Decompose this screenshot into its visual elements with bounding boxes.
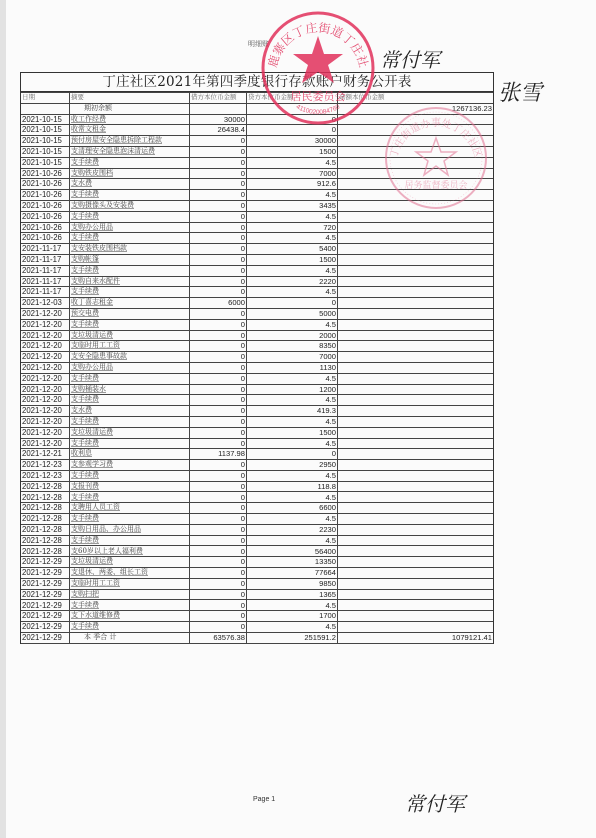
- cell-debit: 0: [190, 200, 247, 211]
- cell-date: 2021-10-15: [21, 125, 70, 136]
- cell-balance: [338, 211, 494, 222]
- cell-balance: [338, 524, 494, 535]
- cell-balance: [338, 535, 494, 546]
- cell-summary: 支手续费: [70, 287, 190, 298]
- cell-balance: [338, 384, 494, 395]
- cell-date: 2021-12-20: [21, 427, 70, 438]
- cell-credit: 4.5: [247, 190, 338, 201]
- table-row: 2021-12-20支手续费04.5: [21, 416, 493, 427]
- cell-balance: [338, 449, 494, 460]
- cell-balance: [338, 254, 494, 265]
- cell-credit: 4.5: [247, 287, 338, 298]
- table-row: 2021-11-17支购自来水配件02220: [21, 276, 493, 287]
- table-row: 2021-12-20支购桶装水01200: [21, 384, 493, 395]
- cell-date: 2021-12-23: [21, 460, 70, 471]
- cell-balance: [338, 492, 494, 503]
- cell-balance: [338, 233, 494, 244]
- cell-debit: 0: [190, 611, 247, 622]
- cell-balance: [338, 330, 494, 341]
- cell-date: 2021-10-26: [21, 211, 70, 222]
- table-row: 2021-12-28支手续费04.5: [21, 535, 493, 546]
- cell-credit: 56400: [247, 546, 338, 557]
- cell-balance: [338, 341, 494, 352]
- cell-balance: 1267136.23: [338, 103, 494, 114]
- cell-debit: 0: [190, 319, 247, 330]
- cell-credit: 4.5: [247, 157, 338, 168]
- cell-balance: [338, 114, 494, 125]
- cell-balance: [338, 222, 494, 233]
- cell-date: 2021-12-28: [21, 492, 70, 503]
- table-row: 2021-10-15支手续费04.5: [21, 157, 493, 168]
- cell-summary: 支手续费: [70, 319, 190, 330]
- cell-debit: 0: [190, 190, 247, 201]
- cell-date: 2021-10-26: [21, 200, 70, 211]
- cell-summary: 支手续费: [70, 492, 190, 503]
- cell-summary: 支垃圾清运费: [70, 427, 190, 438]
- cell-debit: 0: [190, 254, 247, 265]
- cell-summary: 支水费: [70, 406, 190, 417]
- header-date: 日期: [21, 93, 70, 104]
- cell-debit: 0: [190, 578, 247, 589]
- cell-balance: [338, 179, 494, 190]
- sheet-title: 丁庄社区2021年第四季度银行存款账户财务公开表: [21, 73, 493, 92]
- ledger-table: 日期 摘要 借方本位币金额 贷方本位币金额 余额本位币金额 期初余额 12671…: [21, 92, 493, 644]
- table-row: 2021-12-20预交电费05000: [21, 308, 493, 319]
- cell-summary: 支购铁皮围档: [70, 168, 190, 179]
- cell-balance: [338, 125, 494, 136]
- cell-credit: 5400: [247, 244, 338, 255]
- cell-balance: [338, 362, 494, 373]
- cell-debit: 0: [190, 427, 247, 438]
- cell-credit: 1500: [247, 254, 338, 265]
- cell-balance: [338, 146, 494, 157]
- cell-date: 2021-12-28: [21, 503, 70, 514]
- cell-balance: [338, 168, 494, 179]
- table-row: 2021-12-20支临时用工工资08350: [21, 341, 493, 352]
- cell-summary: 支下水道维修费: [70, 611, 190, 622]
- cell-debit: 0: [190, 406, 247, 417]
- cell-summary: 支垃圾清运费: [70, 330, 190, 341]
- cell-summary: 收丁喜志租金: [70, 298, 190, 309]
- cell-credit: 1700: [247, 611, 338, 622]
- cell-summary: 支退休、两委、组长工资: [70, 568, 190, 579]
- table-row: 2021-12-29支退休、两委、组长工资077664: [21, 568, 493, 579]
- table-row: 2021-11-17支手续费04.5: [21, 265, 493, 276]
- cell-summary: 支购日用品、办公用品: [70, 524, 190, 535]
- cell-credit: 4.5: [247, 265, 338, 276]
- cell-summary: 支手续费: [70, 157, 190, 168]
- cell-balance: [338, 481, 494, 492]
- table-row: 2021-12-03收丁喜志租金60000: [21, 298, 493, 309]
- table-row: 2021-12-29支下水道维修费01700: [21, 611, 493, 622]
- cell-credit: 7000: [247, 352, 338, 363]
- table-row: 2021-12-28支手续费04.5: [21, 514, 493, 525]
- table-row: 2021-10-26支购铁皮围档07000: [21, 168, 493, 179]
- cell-date: 2021-12-28: [21, 481, 70, 492]
- cell-date: 2021-12-29: [21, 600, 70, 611]
- cell-balance: [338, 460, 494, 471]
- cell-summary: 预付房屋安全隐患拆除工程款: [70, 136, 190, 147]
- table-row: 2021-12-28支60岁以上老人福利费056400: [21, 546, 493, 557]
- cell-date: 2021-12-29: [21, 622, 70, 633]
- cell-summary: 支手续费: [70, 190, 190, 201]
- cell-summary: 支手续费: [70, 470, 190, 481]
- cell-summary: 支购办公用品: [70, 222, 190, 233]
- cell-date: 2021-12-03: [21, 298, 70, 309]
- table-row: 2021-12-20支购办公用品01130: [21, 362, 493, 373]
- cell-summary: 支手续费: [70, 395, 190, 406]
- cell-date: 2021-12-20: [21, 352, 70, 363]
- cell-summary: 支水费: [70, 179, 190, 190]
- cell-credit: 4.5: [247, 395, 338, 406]
- table-row: 2021-10-26支购办公用品0720: [21, 222, 493, 233]
- cell-debit: 6000: [190, 298, 247, 309]
- cell-balance: [338, 622, 494, 633]
- cell-credit: 4.5: [247, 233, 338, 244]
- cell-balance: [338, 395, 494, 406]
- ledger-label: 明细账: [248, 39, 269, 49]
- cell-date: 2021-12-20: [21, 373, 70, 384]
- table-row: 2021-10-26支手续费04.5: [21, 233, 493, 244]
- table-row: 2021-10-26支水费0912.6: [21, 179, 493, 190]
- cell-date: 2021-11-17: [21, 244, 70, 255]
- cell-debit: 0: [190, 308, 247, 319]
- table-row: 2021-12-20支安全隐患事故款07000: [21, 352, 493, 363]
- cell-credit: 2220: [247, 276, 338, 287]
- cell-debit: 0: [190, 362, 247, 373]
- cell-debit: 0: [190, 535, 247, 546]
- cell-balance: [338, 557, 494, 568]
- cell-credit: 30000: [247, 136, 338, 147]
- cell-date: 2021-12-21: [21, 449, 70, 460]
- ledger-sheet: 丁庄社区2021年第四季度银行存款账户财务公开表 日期 摘要 借方本位币金额 贷…: [20, 72, 494, 644]
- cell-debit: 0: [190, 179, 247, 190]
- cell-date: 2021-10-26: [21, 222, 70, 233]
- table-row: 2021-10-15支清理安全隐患泡沫清运费01500: [21, 146, 493, 157]
- cell-credit: 0: [247, 125, 338, 136]
- cell-summary: 支手续费: [70, 438, 190, 449]
- cell-balance: [338, 200, 494, 211]
- table-row: 2021-12-28支报刊费0118.8: [21, 481, 493, 492]
- table-row: 2021-11-17支手续费04.5: [21, 287, 493, 298]
- cell-debit: 0: [190, 470, 247, 481]
- table-row: 2021-12-21收利息1137.980: [21, 449, 493, 460]
- cell-debit: 0: [190, 265, 247, 276]
- cell-credit: [247, 103, 338, 114]
- cell-balance: [338, 308, 494, 319]
- cell-debit: 0: [190, 146, 247, 157]
- cell-date: 2021-10-26: [21, 168, 70, 179]
- cell-date: 2021-10-15: [21, 146, 70, 157]
- table-row: 2021-12-29支手续费04.5: [21, 600, 493, 611]
- cell-credit: 0: [247, 449, 338, 460]
- cell-balance: [338, 190, 494, 201]
- cell-date: 2021-10-15: [21, 157, 70, 168]
- cell-credit: 4.5: [247, 535, 338, 546]
- cell-credit: 912.6: [247, 179, 338, 190]
- cell-date: 2021-10-26: [21, 190, 70, 201]
- cell-date: 2021-11-17: [21, 276, 70, 287]
- cell-debit: [190, 103, 247, 114]
- cell-debit: 26438.4: [190, 125, 247, 136]
- cell-debit: 30000: [190, 114, 247, 125]
- cell-balance: [338, 438, 494, 449]
- cell-debit: 0: [190, 233, 247, 244]
- scan-edge: [0, 0, 6, 838]
- cell-debit: 0: [190, 384, 247, 395]
- cell-balance: [338, 427, 494, 438]
- cell-date: 2021-12-20: [21, 406, 70, 417]
- header-balance: 余额本位币金额: [338, 93, 494, 104]
- cell-credit: 4.5: [247, 373, 338, 384]
- table-row: 2021-10-26支购摄像头及安装费03435: [21, 200, 493, 211]
- header-row: 日期 摘要 借方本位币金额 贷方本位币金额 余额本位币金额: [21, 93, 493, 104]
- cell-date: 2021-12-20: [21, 308, 70, 319]
- header-debit: 借方本位币金额: [190, 93, 247, 104]
- cell-summary: 支60岁以上老人福利费: [70, 546, 190, 557]
- cell-date: 2021-12-20: [21, 330, 70, 341]
- cell-date: 2021-11-17: [21, 254, 70, 265]
- cell-date: 2021-11-17: [21, 287, 70, 298]
- cell-debit: 0: [190, 524, 247, 535]
- cell-date: 2021-12-28: [21, 514, 70, 525]
- cell-credit: 4.5: [247, 600, 338, 611]
- table-row: 2021-12-23支参观学习费02950: [21, 460, 493, 471]
- cell-debit: 0: [190, 244, 247, 255]
- cell-debit: 0: [190, 514, 247, 525]
- cell-summary: 收工作经费: [70, 114, 190, 125]
- cell-balance: [338, 568, 494, 579]
- table-row: 2021-12-23支手续费04.5: [21, 470, 493, 481]
- cell-summary: 支购桶装水: [70, 384, 190, 395]
- cell-summary: 支手续费: [70, 373, 190, 384]
- cell-date: 2021-12-20: [21, 319, 70, 330]
- cell-balance: [338, 416, 494, 427]
- cell-credit: 2000: [247, 330, 338, 341]
- cell-credit: 8350: [247, 341, 338, 352]
- cell-balance: [338, 578, 494, 589]
- cell-balance: [338, 600, 494, 611]
- cell-date: 2021-12-20: [21, 395, 70, 406]
- table-row: 2021-11-17支安装铁皮围档款05400: [21, 244, 493, 255]
- cell-balance: [338, 157, 494, 168]
- cell-date: 2021-12-28: [21, 524, 70, 535]
- cell-balance: [338, 298, 494, 309]
- signature-2: 张雪: [498, 76, 542, 107]
- cell-credit: 4.5: [247, 622, 338, 633]
- cell-summary: 支手续费: [70, 211, 190, 222]
- cell-credit: 2950: [247, 460, 338, 471]
- cell-summary: 支购扫把: [70, 589, 190, 600]
- cell-debit: 0: [190, 568, 247, 579]
- cell-date: 2021-11-17: [21, 265, 70, 276]
- table-row: 2021-12-20支垃圾清运费02000: [21, 330, 493, 341]
- cell-balance: [338, 589, 494, 600]
- cell-date: 2021-12-29: [21, 589, 70, 600]
- table-row: 2021-12-28支购日用品、办公用品02230: [21, 524, 493, 535]
- cell-balance: [338, 373, 494, 384]
- cell-debit: 0: [190, 622, 247, 633]
- cell-credit: 251591.2: [247, 632, 338, 643]
- cell-balance: [338, 352, 494, 363]
- table-row: 2021-12-29支临时用工工资09850: [21, 578, 493, 589]
- cell-summary: 收常文租金: [70, 125, 190, 136]
- cell-date: 2021-12-29: [21, 578, 70, 589]
- cell-date: 2021-12-28: [21, 546, 70, 557]
- cell-summary: 支手续费: [70, 265, 190, 276]
- table-row: 2021-12-29支购扫把01365: [21, 589, 493, 600]
- signature-1: 常付军: [380, 44, 440, 73]
- cell-debit: 0: [190, 157, 247, 168]
- cell-date: 2021-12-29: [21, 568, 70, 579]
- cell-summary: 支手续费: [70, 622, 190, 633]
- cell-credit: 77664: [247, 568, 338, 579]
- cell-summary: 支手续费: [70, 600, 190, 611]
- cell-debit: 0: [190, 481, 247, 492]
- cell-summary: 本 季合 计: [70, 632, 190, 643]
- cell-summary: 支参观学习费: [70, 460, 190, 471]
- cell-credit: 1130: [247, 362, 338, 373]
- cell-summary: 支手续费: [70, 416, 190, 427]
- cell-date: 2021-10-15: [21, 114, 70, 125]
- cell-debit: 1137.98: [190, 449, 247, 460]
- cell-debit: 0: [190, 341, 247, 352]
- cell-balance: [338, 514, 494, 525]
- cell-balance: [338, 244, 494, 255]
- cell-date: 2021-10-26: [21, 233, 70, 244]
- cell-balance: [338, 546, 494, 557]
- cell-credit: 9850: [247, 578, 338, 589]
- cell-debit: 0: [190, 460, 247, 471]
- cell-debit: 0: [190, 546, 247, 557]
- cell-credit: 2230: [247, 524, 338, 535]
- cell-date: 2021-12-20: [21, 341, 70, 352]
- cell-credit: 1500: [247, 146, 338, 157]
- signature-3: 常付军: [405, 788, 465, 817]
- cell-date: 2021-12-29: [21, 611, 70, 622]
- cell-credit: 5000: [247, 308, 338, 319]
- cell-debit: 0: [190, 211, 247, 222]
- table-row: 2021-10-15预付房屋安全隐患拆除工程款030000: [21, 136, 493, 147]
- cell-summary: 支购自来水配件: [70, 276, 190, 287]
- cell-debit: 0: [190, 352, 247, 363]
- cell-summary: 期初余额: [70, 103, 190, 114]
- table-row: 2021-10-15收工作经费300000: [21, 114, 493, 125]
- cell-summary: 支购办公用品: [70, 362, 190, 373]
- table-row: 2021-12-29支手续费04.5: [21, 622, 493, 633]
- cell-credit: 1500: [247, 427, 338, 438]
- cell-credit: 4.5: [247, 514, 338, 525]
- table-row: 2021-12-29支垃圾清运费013350: [21, 557, 493, 568]
- cell-credit: 4.5: [247, 319, 338, 330]
- cell-balance: [338, 503, 494, 514]
- table-row: 2021-12-20支水费0419.3: [21, 406, 493, 417]
- table-row: 2021-12-20支手续费04.5: [21, 395, 493, 406]
- cell-balance: [338, 136, 494, 147]
- cell-summary: 支临时用工工资: [70, 578, 190, 589]
- cell-summary: 收利息: [70, 449, 190, 460]
- cell-date: 2021-10-26: [21, 179, 70, 190]
- cell-date: 2021-12-20: [21, 362, 70, 373]
- header-credit: 贷方本位币金额: [247, 93, 338, 104]
- cell-summary: 支购摄像头及安装费: [70, 200, 190, 211]
- cell-debit: 0: [190, 416, 247, 427]
- table-row: 2021-10-15收常文租金26438.40: [21, 125, 493, 136]
- header-summary: 摘要: [70, 93, 190, 104]
- cell-credit: 4.5: [247, 470, 338, 481]
- cell-date: 2021-12-29: [21, 632, 70, 643]
- cell-debit: 0: [190, 287, 247, 298]
- cell-summary: 支临时用工工资: [70, 341, 190, 352]
- cell-credit: 419.3: [247, 406, 338, 417]
- cell-summary: 支垃圾清运费: [70, 557, 190, 568]
- table-row: 2021-12-20支手续费04.5: [21, 319, 493, 330]
- cell-date: 2021-12-20: [21, 384, 70, 395]
- cell-credit: 13350: [247, 557, 338, 568]
- cell-date: 2021-12-28: [21, 535, 70, 546]
- svg-text:市鹿寨区丁庄街道丁庄社区: 市鹿寨区丁庄街道丁庄社区: [258, 8, 372, 69]
- cell-summary: 支安全隐患事故款: [70, 352, 190, 363]
- cell-balance: [338, 319, 494, 330]
- cell-credit: 1200: [247, 384, 338, 395]
- cell-debit: 0: [190, 589, 247, 600]
- cell-credit: 3435: [247, 200, 338, 211]
- cell-balance: [338, 287, 494, 298]
- cell-balance: [338, 276, 494, 287]
- table-row: 2021-12-28支聘用人员工资06600: [21, 503, 493, 514]
- cell-debit: 0: [190, 600, 247, 611]
- cell-summary: 支安装铁皮围档款: [70, 244, 190, 255]
- cell-date: 2021-10-15: [21, 136, 70, 147]
- cell-summary: 支报刊费: [70, 481, 190, 492]
- page-number: Page 1: [253, 796, 275, 803]
- cell-date: [21, 103, 70, 114]
- cell-debit: 0: [190, 222, 247, 233]
- opening-balance-row: 期初余额 1267136.23: [21, 103, 493, 114]
- table-row: 2021-12-20支垃圾清运费01500: [21, 427, 493, 438]
- cell-balance: [338, 470, 494, 481]
- cell-debit: 0: [190, 395, 247, 406]
- cell-credit: 0: [247, 298, 338, 309]
- cell-debit: 0: [190, 168, 247, 179]
- cell-debit: 0: [190, 136, 247, 147]
- table-row: 2021-10-26支手续费04.5: [21, 190, 493, 201]
- table-row: 2021-10-26支手续费04.5: [21, 211, 493, 222]
- cell-summary: 支手续费: [70, 233, 190, 244]
- cell-debit: 0: [190, 373, 247, 384]
- quarter-total-row: 2021-12-29本 季合 计63576.38251591.21079121.…: [21, 632, 493, 643]
- cell-credit: 4.5: [247, 211, 338, 222]
- cell-debit: 0: [190, 276, 247, 287]
- cell-date: 2021-12-29: [21, 557, 70, 568]
- table-row: 2021-11-17支购帐篷01500: [21, 254, 493, 265]
- cell-date: 2021-12-20: [21, 438, 70, 449]
- table-row: 2021-12-28支手续费04.5: [21, 492, 493, 503]
- cell-credit: 1365: [247, 589, 338, 600]
- cell-debit: 0: [190, 503, 247, 514]
- cell-date: 2021-12-23: [21, 470, 70, 481]
- cell-credit: 6600: [247, 503, 338, 514]
- cell-credit: 118.8: [247, 481, 338, 492]
- table-row: 2021-12-20支手续费04.5: [21, 373, 493, 384]
- table-row: 2021-12-20支手续费04.5: [21, 438, 493, 449]
- cell-debit: 0: [190, 330, 247, 341]
- cell-credit: 4.5: [247, 438, 338, 449]
- cell-summary: 支聘用人员工资: [70, 503, 190, 514]
- cell-credit: 4.5: [247, 492, 338, 503]
- cell-balance: [338, 265, 494, 276]
- cell-summary: 支清理安全隐患泡沫清运费: [70, 146, 190, 157]
